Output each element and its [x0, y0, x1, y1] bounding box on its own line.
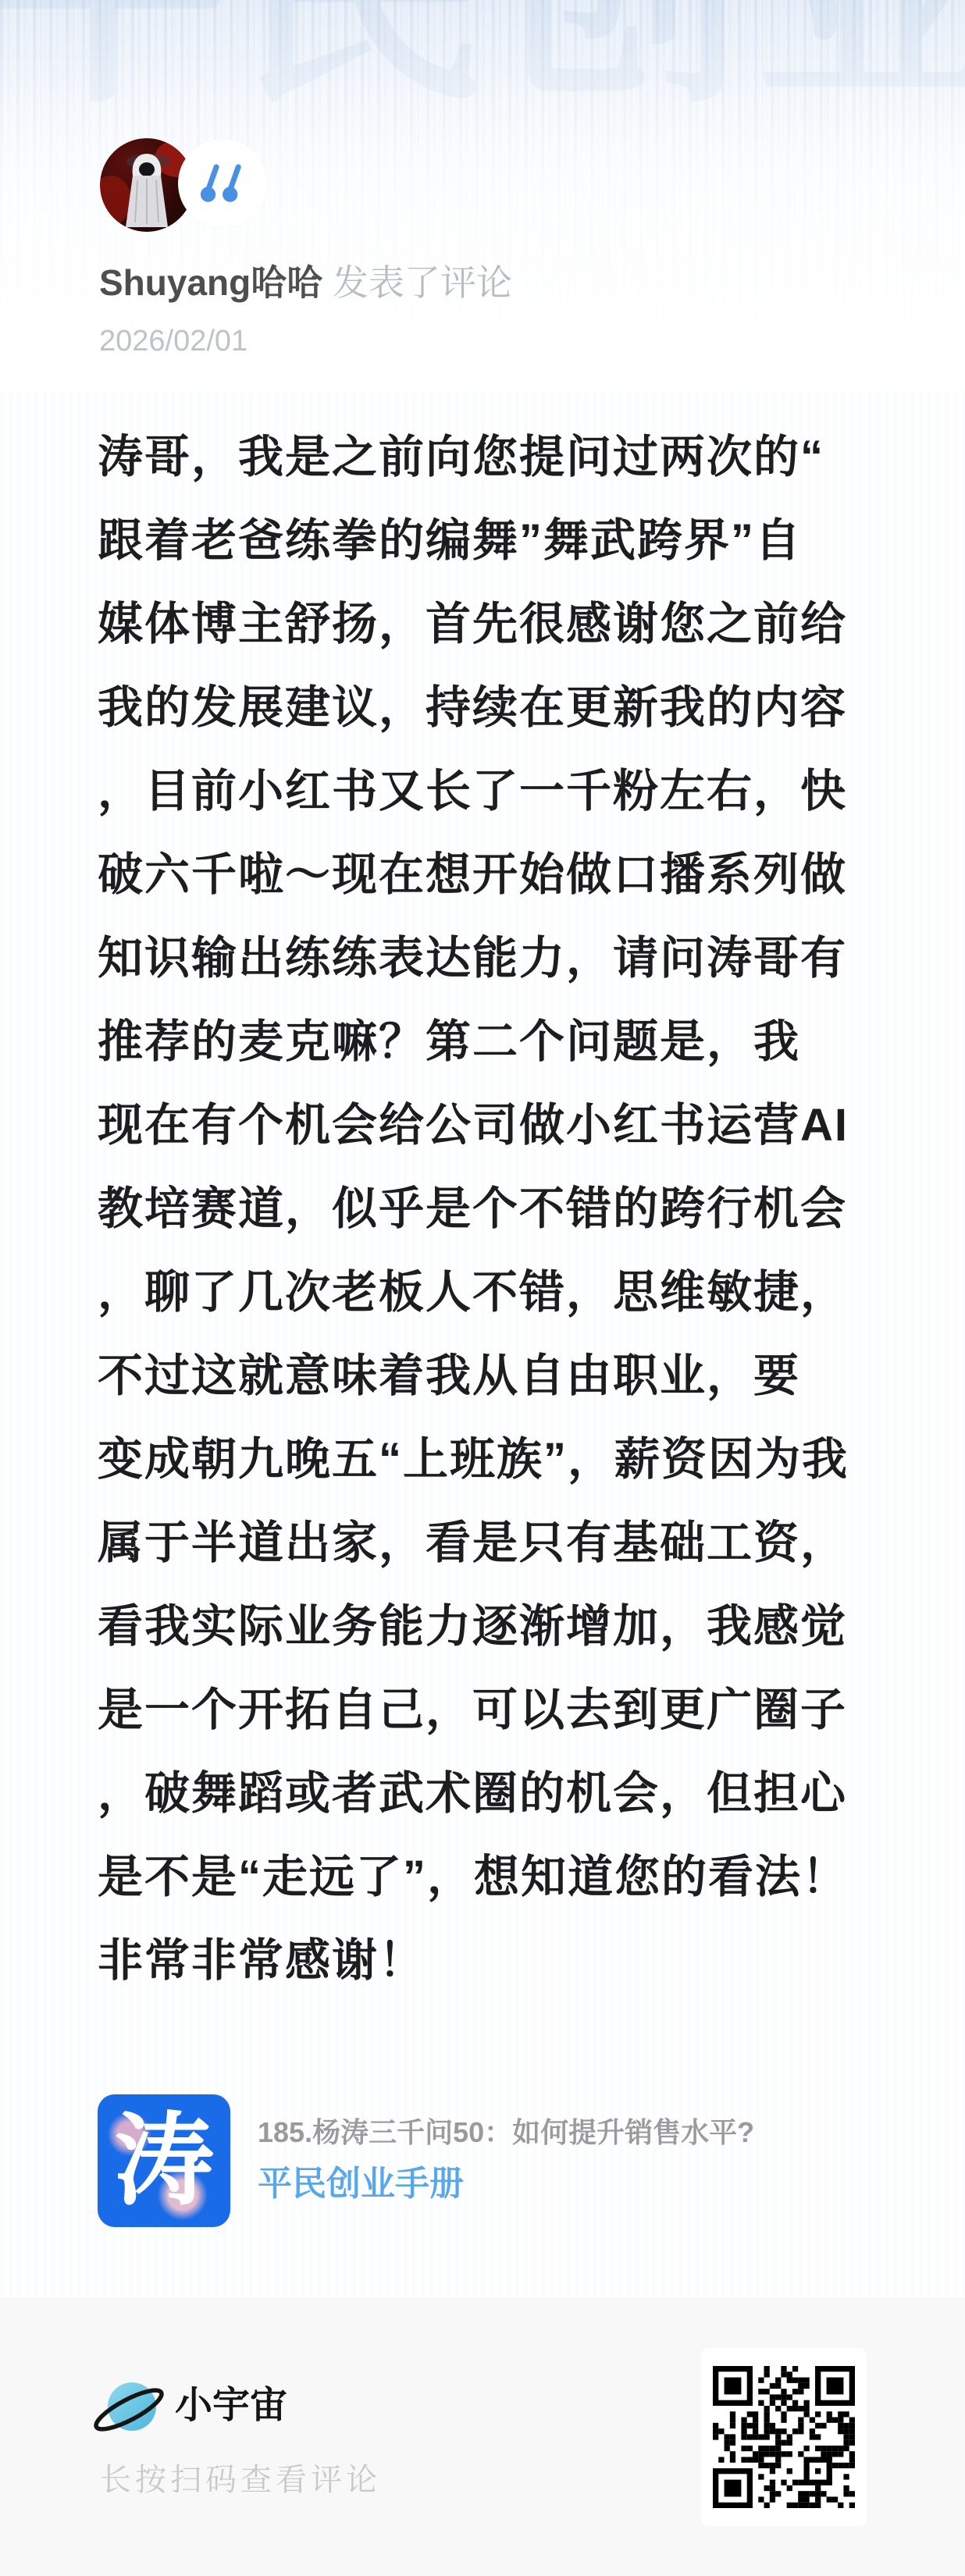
comment-line: 现在有个机会给公司做小红书运营AI — [98, 1083, 878, 1167]
comment-date: 2026/02/01 — [99, 325, 247, 358]
app-name: 小宇宙 — [175, 2384, 287, 2428]
comment-line: 非常非常感谢！ — [98, 1919, 878, 2002]
episode-card: 涛 185.杨涛三千问50：如何提升销售水平? 平民创业手册 — [98, 2094, 878, 2227]
comment-line: 涛哥，我是之前向您提问过两次的“ — [98, 415, 878, 499]
podcast-show-name: 平民创业手册 — [258, 2163, 464, 2205]
episode-title: 185.杨涛三千问50：如何提升销售水平? — [258, 2115, 754, 2151]
comment-line: ，目前小红书又长了一千粉左右，快 — [98, 749, 878, 833]
comment-line: 变成朝九晚五“上班族”，薪资因为我 — [98, 1418, 878, 1501]
episode-cover-icon: 涛 — [98, 2094, 230, 2227]
comment-line: ，聊了几次老板人不错，思维敏捷， — [98, 1251, 878, 1334]
comment-line: 推荐的麦克嘛？第二个问题是，我 — [98, 1000, 878, 1083]
comment-share-card: 平民创业手册 — [0, 0, 965, 2576]
comment-line: 破六千啦～现在想开始做口播系列做 — [98, 833, 878, 916]
comment-text: 涛哥，我是之前向您提问过两次的“跟着老爸练拳的编舞”舞武跨界”自媒体博主舒扬，首… — [98, 415, 878, 2002]
episode-icon-character: 涛 — [114, 2111, 214, 2211]
qr-image — [713, 2366, 855, 2508]
comment-line: 知识输出练练表达能力，请问涛哥有 — [98, 916, 878, 1000]
quote-icon — [200, 164, 245, 203]
planet-icon — [90, 2374, 171, 2443]
comment-line: ，破舞蹈或者武术圈的机会，但担心 — [98, 1752, 878, 1835]
qr-code — [701, 2348, 867, 2526]
comment-line: 教培赛道，似乎是个不错的跨行机会 — [98, 1167, 878, 1251]
comment-line: 是不是“走远了”，想知道您的看法！ — [98, 1835, 878, 1919]
username: Shuyang哈哈 — [99, 262, 322, 303]
comment-line: 媒体博主舒扬，首先很感谢您之前给 — [98, 582, 878, 666]
footer-caption: 长按扫码查看评论 — [100, 2460, 381, 2500]
header-row: Shuyang哈哈 发表了评论 — [99, 259, 512, 306]
xiaoyuzhou-logo — [90, 2373, 171, 2443]
quote-badge — [178, 139, 267, 228]
comment-line: 看我实际业务能力逐渐增加，我感觉 — [98, 1585, 878, 1668]
comment-line: 跟着老爸练拳的编舞”舞武跨界”自 — [98, 499, 878, 582]
comment-line: 不过这就意味着我从自由职业，要 — [98, 1334, 878, 1418]
comment-line: 属于半道出家，看是只有基础工资， — [98, 1501, 878, 1585]
comment-line: 是一个开拓自己，可以去到更广圈子 — [98, 1668, 878, 1752]
action-label — [322, 262, 333, 303]
comment-line: 我的发展建议，持续在更新我的内容 — [98, 666, 878, 749]
action-text: 发表了评论 — [333, 262, 512, 303]
